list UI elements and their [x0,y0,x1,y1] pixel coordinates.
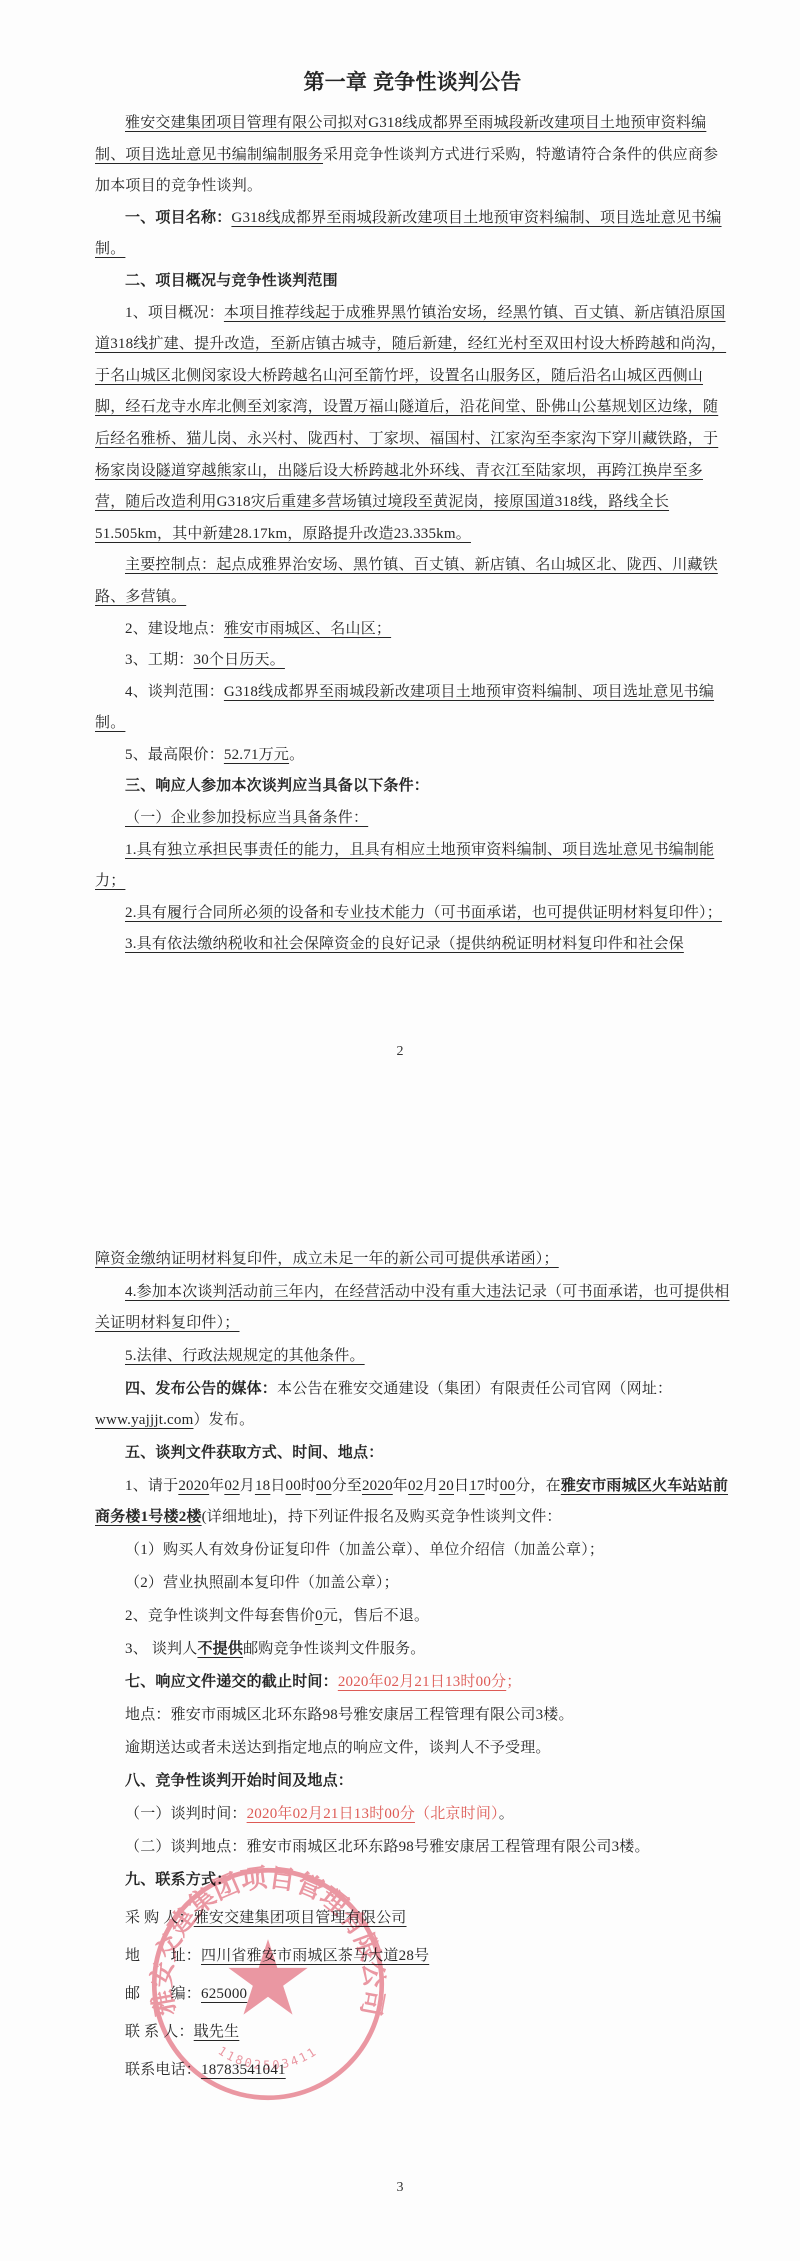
text-segment: 02 [224,1478,239,1494]
text-segment: 17 [469,1478,484,1494]
text-segment: 2.具有履行合同所必须的设备和专业技术能力（可书面承诺，也可提供证明材料复印件）… [125,905,722,921]
text-segment: 2020 [362,1478,393,1494]
text-segment: 月 [240,1478,255,1494]
text-segment: 九、联系方式： [125,1872,231,1888]
text-segment: 02 [408,1478,423,1494]
text-segment: 四川省雅安市雨城区茶马大道28号 [201,1948,429,1964]
text-segment: 年 [393,1478,408,1494]
paragraph: 1、请于2020年02月18日00时00分至2020年02月20日17时00分，… [95,1471,730,1533]
text-segment: 00 [316,1478,331,1494]
text-segment: 2020年02月21日13时00分 [338,1674,506,1690]
paragraph: 1、项目概况：本项目推荐线起于成雅界黑竹镇治安场，经黑竹镇、百丈镇、新店镇沿原国… [95,298,730,551]
text-segment: 联系电话： [125,2062,201,2078]
paragraph: （2）营业执照副本复印件（加盖公章）； [95,1568,730,1599]
paragraph: 七、响应文件递交的截止时间：2020年02月21日13时00分； [95,1667,730,1698]
text-segment: 5、最高限价： [125,747,224,763]
paragraph: （二）谈判地点：雅安市雨城区北环东路98号雅安康居工程管理有限公司3楼。 [95,1832,730,1863]
text-segment: 分，在 [515,1478,561,1494]
paragraph: 3、工期：30个日历天。 [95,645,730,677]
paragraph: 逾期送达或者未送达到指定地点的响应文件，谈判人不予受理。 [95,1733,730,1764]
paragraph: 一、项目名称：G318线成都界至雨城段新改建项目土地预审资料编制、项目选址意见书… [95,203,730,266]
paragraph: 联 系 人：戢先生 [95,2017,730,2048]
text-segment: 2、建设地点： [125,621,224,637]
text-segment: 1、项目概况： [125,305,224,321]
text-segment: 本项目推荐线起于成雅界黑竹镇治安场，经黑竹镇、百丈镇、新店镇沿原国道318线扩建… [95,305,726,542]
text-segment: 1、请于 [125,1478,178,1494]
text-segment: 4、谈判范围： [125,684,224,700]
text-segment: （1）购买人有效身份证复印件（加盖公章）、单位介绍信（加盖公章）； [125,1542,604,1558]
page-1: 第一章 竞争性谈判公告雅安交建集团项目管理有限公司拟对G318线成都界至雨城段新… [0,0,800,1180]
text-segment: 3、工期： [125,652,194,668]
text-segment: 采 购 人： [125,1910,194,1926]
text-segment: 元，售后不退。 [323,1608,429,1624]
paragraph: 2.具有履行合同所必须的设备和专业技术能力（可书面承诺，也可提供证明材料复印件）… [95,898,730,930]
page-2: 障资金缴纳证明材料复印件，成立未足一年的新公司可提供承诺函）；4.参加本次谈判活… [0,1180,800,2261]
text-segment: 18 [255,1478,270,1494]
text-segment: 地 址： [125,1948,201,1964]
text-segment: 二、项目概况与竞争性谈判范围 [125,273,338,289]
paragraph: 雅安交建集团项目管理有限公司拟对G318线成都界至雨城段新改建项目土地预审资料编… [95,108,730,203]
text-segment: （一）谈判时间： [125,1806,247,1822]
paragraph: 地点：雅安市雨城区北环东路98号雅安康居工程管理有限公司3楼。 [95,1700,730,1731]
paragraph: 主要控制点：起点成雅界治安场、黑竹镇、百丈镇、新店镇、名山城区北、陇西、川藏铁路… [95,550,730,613]
paragraph: （1）购买人有效身份证复印件（加盖公章）、单位介绍信（加盖公章）； [95,1535,730,1566]
text-segment: 邮购竞争性谈判文件服务。 [243,1641,425,1657]
text-segment: 日 [454,1478,469,1494]
text-segment: 4.参加本次谈判活动前三年内，在经营活动中没有重大违法记录（可书面承诺，也可提供… [95,1284,729,1331]
page-2-number: 3 [0,2180,800,2196]
paragraph: 联系电话：18783541041 [95,2055,730,2086]
tender-announcement-document: 第一章 竞争性谈判公告雅安交建集团项目管理有限公司拟对G318线成都界至雨城段新… [0,0,800,2261]
text-segment: 月 [423,1478,438,1494]
text-segment: 本公告在雅安交通建设（集团）有限责任公司官网（网址： [277,1381,672,1397]
text-segment: 雅安交建集团项目管理有限公司 [194,1910,407,1926]
text-segment: 时 [485,1478,500,1494]
text-segment: （2）营业执照副本复印件（加盖公章）； [125,1575,399,1591]
text-segment: (详细地址)，持下列证件报名及购买竞争性谈判文件： [202,1509,562,1525]
paragraph: 4、谈判范围：G318线成都界至雨城段新改建项目土地预审资料编制、项目选址意见书… [95,677,730,740]
text-segment: 四、发布公告的媒体： [125,1381,277,1397]
text-segment: 雅安市雨城区、名山区； [224,621,391,637]
paragraph: （一）谈判时间：2020年02月21日13时00分（北京时间）。 [95,1799,730,1830]
text-segment: 2、竞争性谈判文件每套售价 [125,1608,315,1624]
paragraph: 4.参加本次谈判活动前三年内，在经营活动中没有重大违法记录（可书面承诺，也可提供… [95,1277,730,1339]
text-segment: 联 系 人： [125,2024,194,2040]
text-segment: 日 [270,1478,285,1494]
page-2-content: 障资金缴纳证明材料复印件，成立未足一年的新公司可提供承诺函）；4.参加本次谈判活… [0,1244,800,2086]
text-segment: 戢先生 [194,2024,240,2040]
text-segment: 。 [499,1806,514,1822]
text-segment: 20 [439,1478,454,1494]
text-segment: 3.具有依法缴纳税收和社会保障资金的良好记录（提供纳税证明材料复印件和社会保 [125,936,684,952]
paragraph: 2、建设地点：雅安市雨城区、名山区； [95,614,730,646]
text-segment: 逾期送达或者未送达到指定地点的响应文件，谈判人不予受理。 [125,1740,551,1756]
text-segment: 五、谈判文件获取方式、时间、地点： [125,1445,383,1461]
text-segment: 第一章 竞争性谈判公告 [303,71,521,94]
text-segment: 三、响应人参加本次谈判应当具备以下条件： [125,778,429,794]
text-segment: 18783541041 [201,2062,286,2078]
paragraph: 三、响应人参加本次谈判应当具备以下条件： [95,771,730,803]
text-segment: 00 [286,1478,301,1494]
paragraph: 四、发布公告的媒体：本公告在雅安交通建设（集团）有限责任公司官网（网址：www.… [95,1374,730,1436]
paragraph: 3、 谈判人不提供邮购竞争性谈判文件服务。 [95,1634,730,1665]
text-segment: 一、项目名称： [125,210,231,226]
paragraph: 障资金缴纳证明材料复印件，成立未足一年的新公司可提供承诺函）； [95,1244,730,1275]
paragraph: （一）企业参加投标应当具备条件： [95,803,730,835]
text-segment: 2020年02月21日13时00分 [247,1806,415,1822]
document-title: 第一章 竞争性谈判公告 [95,66,730,100]
paragraph: 5.法律、行政法规规定的其他条件。 [95,1341,730,1372]
text-segment: 不提供 [197,1641,243,1657]
text-segment: 52.71万元 [224,747,289,763]
page-1-number: 2 [0,1044,800,1060]
page-1-content: 第一章 竞争性谈判公告雅安交建集团项目管理有限公司拟对G318线成都界至雨城段新… [0,66,800,961]
text-segment: ； [506,1674,521,1690]
text-segment: 30个日历天。 [194,652,285,668]
text-segment: 主要控制点：起点成雅界治安场、黑竹镇、百丈镇、新店镇、名山城区北、陇西、川藏铁路… [95,557,718,605]
paragraph: 八、竞争性谈判开始时间及地点： [95,1766,730,1797]
text-segment: （一）企业参加投标应当具备条件： [125,810,368,826]
text-segment: （北京时间） [415,1806,499,1822]
text-segment: 。 [289,747,304,763]
paragraph: 1.具有独立承担民事责任的能力，且具有相应土地预审资料编制、项目选址意见书编制能… [95,835,730,898]
paragraph: 邮 编：625000 [95,1979,730,2010]
paragraph: 采 购 人：雅安交建集团项目管理有限公司 [95,1903,730,1934]
text-segment: www.yajjjt.com [95,1412,193,1428]
paragraph: 5、最高限价：52.71万元。 [95,740,730,772]
text-segment: 0 [315,1608,323,1624]
text-segment: 625000 [201,1986,247,2002]
paragraph: 五、谈判文件获取方式、时间、地点： [95,1438,730,1469]
text-segment: 2020 [178,1478,209,1494]
text-segment: 地点：雅安市雨城区北环东路98号雅安康居工程管理有限公司3楼。 [125,1707,574,1723]
text-segment: 年 [209,1478,224,1494]
text-segment: 障资金缴纳证明材料复印件，成立未足一年的新公司可提供承诺函）； [95,1251,559,1267]
text-segment: （二）谈判地点：雅安市雨城区北环东路98号雅安康居工程管理有限公司3楼。 [125,1839,650,1855]
text-segment: 时 [301,1478,316,1494]
text-segment: 00 [500,1478,515,1494]
paragraph: 3.具有依法缴纳税收和社会保障资金的良好记录（提供纳税证明材料复印件和社会保 [95,929,730,961]
paragraph: 九、联系方式： [95,1865,730,1896]
paragraph: 2、竞争性谈判文件每套售价0元，售后不退。 [95,1601,730,1632]
text-segment: 分至 [332,1478,362,1494]
text-segment: 1.具有独立承担民事责任的能力，且具有相应土地预审资料编制、项目选址意见书编制能… [95,842,714,890]
text-segment: 邮 编： [125,1986,201,2002]
text-segment: 3、 谈判人 [125,1641,197,1657]
text-segment: 5.法律、行政法规规定的其他条件。 [125,1348,365,1364]
text-segment: ）发布。 [193,1412,254,1428]
text-segment: 七、响应文件递交的截止时间： [125,1674,338,1690]
paragraph: 二、项目概况与竞争性谈判范围 [95,266,730,298]
text-segment: 八、竞争性谈判开始时间及地点： [125,1773,353,1789]
paragraph: 地 址：四川省雅安市雨城区茶马大道28号 [95,1941,730,1972]
